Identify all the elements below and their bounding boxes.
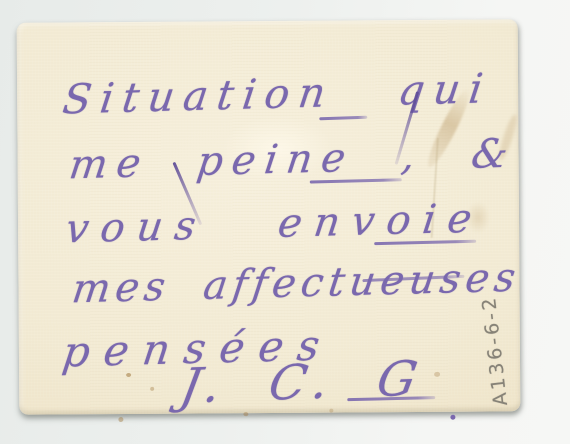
scanned-document-background: Situation qui me peine , & vous envoie m…: [0, 0, 570, 444]
handwritten-card: Situation qui me peine , & vous envoie m…: [17, 19, 521, 414]
signature: J. C. G: [177, 355, 429, 411]
foxing-speck: [243, 412, 248, 416]
foxing-speck: [434, 372, 440, 377]
foxing-speck: [150, 387, 154, 391]
handwriting-line-4: mes affectueuses: [70, 258, 523, 310]
signature-period: [450, 415, 455, 420]
handwriting-line-1: Situation qui: [60, 68, 494, 120]
handwriting-line-2: me peine , &: [67, 134, 519, 186]
foxing-speck: [118, 417, 123, 422]
